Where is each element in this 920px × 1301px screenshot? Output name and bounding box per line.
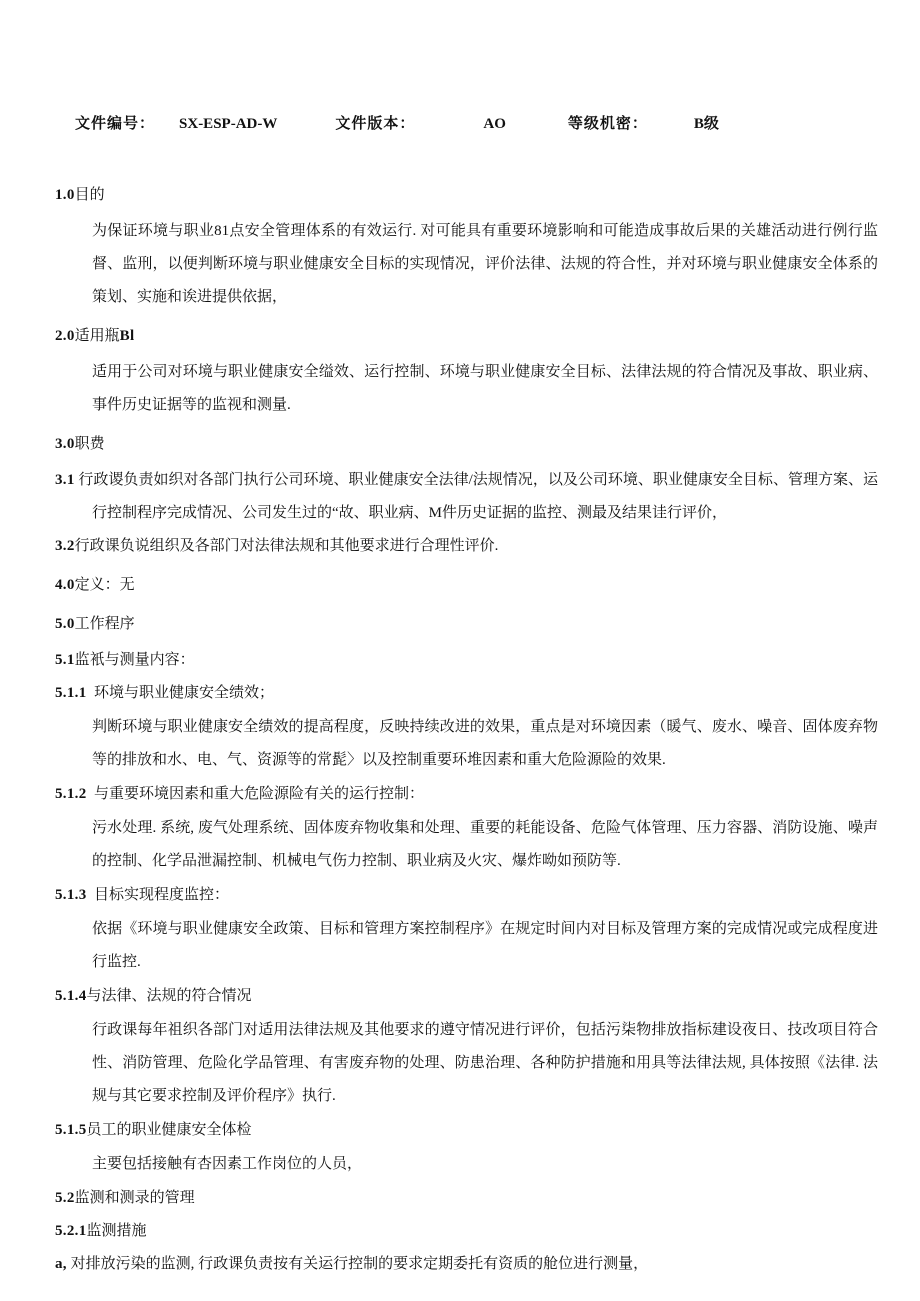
block-number: a, [55,1256,67,1272]
block-number: 4.0 [55,577,75,593]
doc-block: 5.1监衹与测量内容： [55,644,878,677]
document-header: 文件编号： SX-ESP-AD-W 文件版本： AO 等级机密： B级 [0,0,920,133]
block-number: 5.2.1 [55,1223,87,1239]
block-text: 定义：无 [75,577,135,593]
block-text: 适用于公司对环境与职业健康安全缢效、运行控制、环境与职业健康安全目标、法律法规的… [92,364,878,413]
block-number: 3.0 [55,436,75,452]
block-text: 判断环境与职业健康安全绩效的提高程度，反映持续改进的效果，重点是对环境因素（暖气… [92,719,878,768]
doc-number-value: SX-ESP-AD-W [179,116,277,133]
doc-block: 适用于公司对环境与职业健康安全缢效、运行控制、环境与职业健康安全目标、法律法规的… [55,356,878,422]
block-text: 行政课每年祖织各部门对适用法律法规及其他要求的遵守情况进行评价，包括污柒物排放指… [92,1022,878,1104]
block-number: 5.1 [55,652,75,668]
block-text: 环境与职业健康安全绩效； [87,685,275,701]
doc-number-label: 文件编号： [75,112,155,133]
doc-version-value: AO [483,116,506,133]
block-number: 1.0 [55,187,75,203]
document-body: 1.0目的为保证环境与职业81点安全管理体系的有效运行. 对可能具有重要环境影响… [0,133,920,1281]
block-text: 监测和测录的管理 [75,1190,195,1206]
doc-block: 4.0定义：无 [55,569,878,602]
block-number: 5.1.2 [55,786,87,802]
doc-block: 3.2行政课负说组织及各部门对法律法规和其他要求进行合理性评价. [55,530,878,563]
block-text: 主要包括接触有杏因素工作岗位的人员， [92,1156,362,1172]
block-number: 5.1.4 [55,988,87,1004]
doc-block: 5.2.1监测措施 [55,1215,878,1248]
block-number: 5.0 [55,616,75,632]
block-text: 目的 [75,187,105,203]
block-text: 工作程序 [75,616,135,632]
doc-secrecy-value: B级 [694,112,719,133]
block-number: 5.1.1 [55,685,87,701]
doc-block: 3.1 行政谡负责如织对各部门执行公司环境、职业健康安全法律/法规情况，以及公司… [55,464,878,530]
doc-block: 5.1.1 环境与职业健康安全绩效； [55,677,878,710]
block-text: 适用瓶 [75,328,120,344]
doc-block: 依据《环境与职业健康安全政策、目标和管理方案控制程序》在规定时间内对目标及管理方… [55,913,878,979]
block-number: 5.2 [55,1190,75,1206]
doc-block: 3.0职费 [55,428,878,461]
doc-version-label: 文件版本： [335,112,415,133]
block-number: 2.0 [55,328,75,344]
doc-block: 5.1.5员工的职业健康安全体检 [55,1114,878,1147]
block-number: 5.1.5 [55,1122,87,1138]
doc-block: 为保证环境与职业81点安全管理体系的有效运行. 对可能具有重要环境影响和可能造成… [55,215,878,314]
block-text: 行政谡负责如织对各部门执行公司环境、职业健康安全法律/法规情况，以及公司环境、职… [75,472,878,521]
block-text: 与重要环境因素和重大危险源险有关的运行控制： [87,786,425,802]
block-number: 5.1.3 [55,887,87,903]
block-text: 目标实现程度监控： [87,887,230,903]
doc-block: 主要包括接触有杏因素工作岗位的人员， [55,1148,878,1181]
doc-block: 5.0工作程序 [55,608,878,641]
doc-block: 5.1.3 目标实现程度监控： [55,879,878,912]
block-text: 为保证环境与职业81点安全管理体系的有效运行. 对可能具有重要环境影响和可能造成… [92,223,878,305]
doc-block: 行政课每年祖织各部门对适用法律法规及其他要求的遵守情况进行评价，包括污柒物排放指… [55,1014,878,1113]
document-page: 文件编号： SX-ESP-AD-W 文件版本： AO 等级机密： B级 1.0目… [0,0,920,1301]
doc-block: 2.0适用瓶Bl [55,320,878,353]
block-text: 职费 [75,436,105,452]
block-text: 污水处理. 系统, 废气处理系统、固体废弃物收集和处理、重要的耗能设备、危险气体… [92,820,878,869]
doc-secrecy-label: 等级机密： [568,112,648,133]
block-text: 监测措施 [87,1223,147,1239]
doc-block: 判断环境与职业健康安全绩效的提高程度，反映持续改进的效果，重点是对环境因素（暖气… [55,711,878,777]
doc-block: 1.0目的 [55,179,878,212]
block-number: 3.1 [55,472,75,488]
block-text: 监衹与测量内容： [75,652,195,668]
doc-block: 5.1.2 与重要环境因素和重大危险源险有关的运行控制： [55,778,878,811]
doc-block: a, 对排放污染的监测, 行政课负责按有关运行控制的要求定期委托有资质的舱位进行… [55,1248,878,1281]
block-text: 员工的职业健康安全体检 [87,1122,252,1138]
block-text: 对排放污染的监测, 行政课负责按有关运行控制的要求定期委托有资质的舱位进行测量， [67,1256,648,1272]
doc-block: 5.2监测和测录的管理 [55,1182,878,1215]
doc-block: 5.1.4与法律、法规的符合情况 [55,980,878,1013]
block-number: 3.2 [55,538,75,554]
doc-block: 污水处理. 系统, 废气处理系统、固体废弃物收集和处理、重要的耗能设备、危险气体… [55,812,878,878]
block-number: Bl [120,328,135,344]
block-text: 依据《环境与职业健康安全政策、目标和管理方案控制程序》在规定时间内对目标及管理方… [92,921,878,970]
block-text: 行政课负说组织及各部门对法律法规和其他要求进行合理性评价. [75,538,499,554]
block-text: 与法律、法规的符合情况 [87,988,252,1004]
